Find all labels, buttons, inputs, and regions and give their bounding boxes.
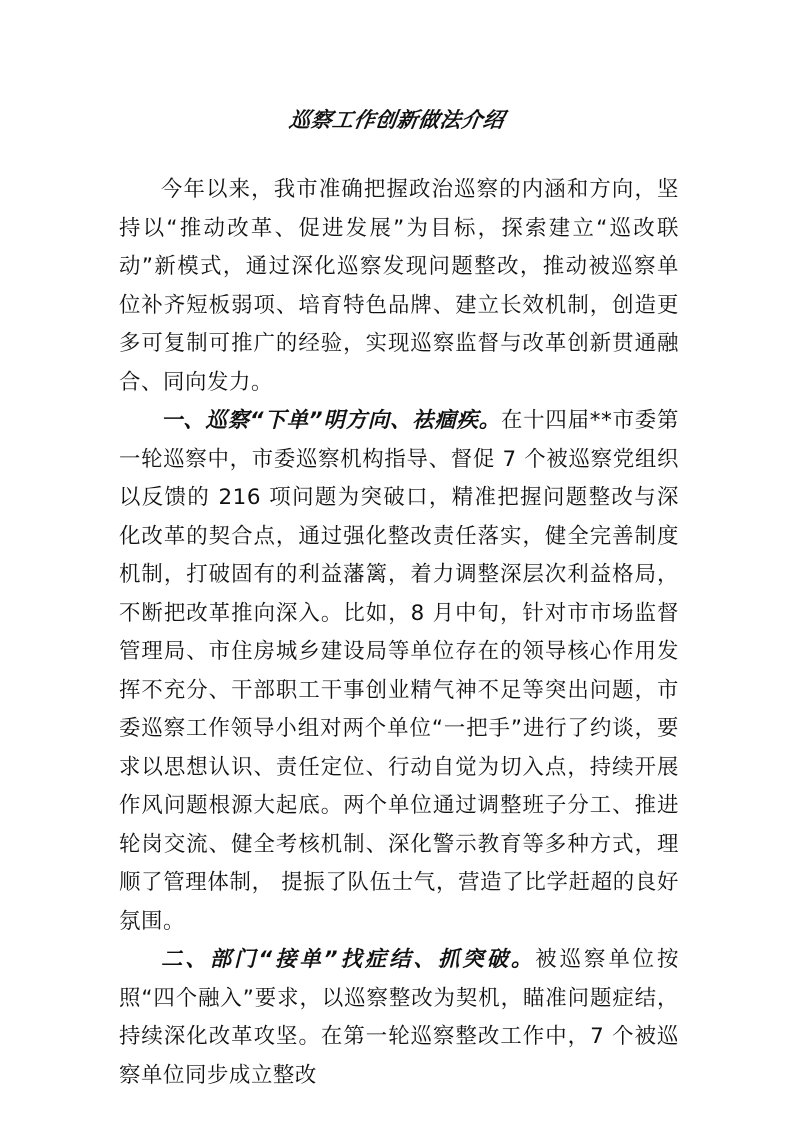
paragraph-section-2: 二、部门“接单”找症结、抓突破。被巡察单位按照“四个融入”要求，以巡察整改为契机… [119,941,679,1095]
document-body: 今年以来，我市准确把握政治巡察的内涵和方向，坚持以“推动改革、促进发展”为目标，… [119,171,679,1095]
paragraph-text: 今年以来，我市准确把握政治巡察的内涵和方向，坚持以“推动改革、促进发展”为目标，… [119,177,679,395]
section-heading-2: 二、部门“接单”找症结、抓突破。 [161,947,535,972]
paragraph-intro: 今年以来，我市准确把握政治巡察的内涵和方向，坚持以“推动改革、促进发展”为目标，… [119,171,679,402]
document-title: 巡察工作创新做法介绍 [0,104,794,134]
paragraph-section-1: 一、巡察“下单”明方向、祛痼疾。在十四届**市委第一轮巡察中，市委巡察机构指导、… [119,402,679,941]
paragraph-text: 在十四届**市委第一轮巡察中，市委巡察机构指导、督促 7 个被巡察党组织以反馈的… [119,408,679,934]
section-heading-1: 一、巡察“下单”明方向、祛痼疾。 [161,408,501,433]
